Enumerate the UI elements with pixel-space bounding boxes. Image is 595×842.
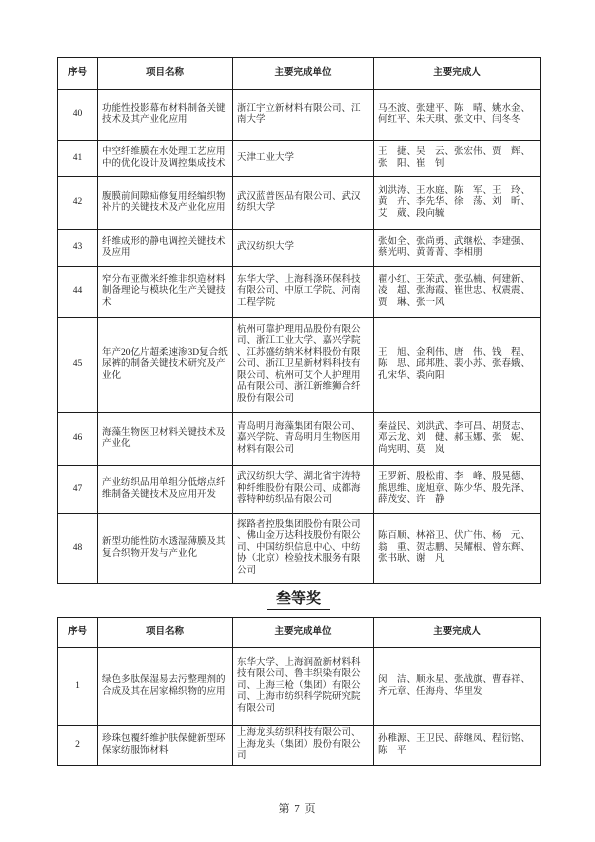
- row-number-cell: 42: [58, 177, 98, 230]
- table-row: 42 腹膜前间隙疝修复用经编织物补片的关键技术及产业化应用 武汉蓝普医品有限公司…: [58, 177, 541, 230]
- table-row: 2 珍珠包覆纤维护肤保健新型环保家纺服饰材料 上海龙头纺织科技有限公司、上海龙头…: [58, 726, 541, 766]
- header-people: 主要完成人: [374, 618, 541, 648]
- section-heading-third-prize: 叁等奖: [57, 590, 540, 610]
- row-number-cell: 48: [58, 514, 98, 584]
- row-number-cell: 40: [58, 90, 98, 141]
- table-row: 46 海藻生物医卫材料关键技术及产业化 青岛明月海藻集团有限公司、嘉兴学院、青岛…: [58, 413, 541, 466]
- second-prize-table: 序号 项目名称 主要完成单位 主要完成人 40 功能性投影幕布材料制备关键技术及…: [57, 57, 541, 584]
- units-cell: 东华大学、上海润盈新材料科技有限公司、鲁丰织染有限公司、上海三枪（集团）有限公司…: [233, 648, 374, 726]
- people-cell: 张如全、张尚勇、武继松、李建强、蔡光明、黄菁菁、李相朋: [374, 230, 541, 267]
- units-cell: 上海龙头纺织科技有限公司、上海龙头（集团）股份有限公司: [233, 726, 374, 766]
- header-no: 序号: [58, 58, 98, 90]
- units-cell: 青岛明月海藻集团有限公司、嘉兴学院、青岛明月生物医用材料有限公司: [233, 413, 374, 466]
- table-row: 41 中空纤维膜在水处理工艺应用中的优化设计及调控集成技术 天津工业大学 王 捷…: [58, 141, 541, 177]
- project-name-cell: 珍珠包覆纤维护肤保健新型环保家纺服饰材料: [98, 726, 233, 766]
- row-number-cell: 45: [58, 318, 98, 413]
- table-row: 48 新型功能性防水透湿薄膜及其复合织物开发与产业化 探路者控股集团股份有限公司…: [58, 514, 541, 584]
- project-name-cell: 功能性投影幕布材料制备关键技术及其产业化应用: [98, 90, 233, 141]
- units-cell: 武汉纺织大学、湖北省宇涛特种纤维股份有限公司、成都海蓉特种纺织品有限公司: [233, 466, 374, 514]
- project-name-cell: 腹膜前间隙疝修复用经编织物补片的关键技术及产业化应用: [98, 177, 233, 230]
- row-number-cell: 41: [58, 141, 98, 177]
- table-row: 43 纤维成形的静电调控关键技术及应用 武汉纺织大学 张如全、张尚勇、武继松、李…: [58, 230, 541, 267]
- section-heading-text: 叁等奖: [267, 590, 330, 610]
- header-no: 序号: [58, 618, 98, 648]
- project-name-cell: 窄分布亚微米纤维非织造材料制备理论与模块化生产关键技术: [98, 267, 233, 318]
- page-footer: 第 7 页: [0, 800, 595, 816]
- units-cell: 武汉蓝普医品有限公司、武汉纺织大学: [233, 177, 374, 230]
- project-name-cell: 新型功能性防水透湿薄膜及其复合织物开发与产业化: [98, 514, 233, 584]
- row-number-cell: 2: [58, 726, 98, 766]
- table-row: 1 绿色多肽保湿易去污整理剂的合成及其在居家棉织物的应用 东华大学、上海润盈新材…: [58, 648, 541, 726]
- units-cell: 杭州可靠护理用品股份有限公司、浙江工业大学、嘉兴学院、江苏盛纺纳米材料股份有限公…: [233, 318, 374, 413]
- project-name-cell: 产业纺织品用单组分低熔点纤维制备关键技术及应用开发: [98, 466, 233, 514]
- row-number-cell: 1: [58, 648, 98, 726]
- header-project: 项目名称: [98, 58, 233, 90]
- units-cell: 浙江宇立新材料有限公司、江南大学: [233, 90, 374, 141]
- units-cell: 天津工业大学: [233, 141, 374, 177]
- project-name-cell: 海藻生物医卫材料关键技术及产业化: [98, 413, 233, 466]
- header-project: 项目名称: [98, 618, 233, 648]
- row-number-cell: 47: [58, 466, 98, 514]
- project-name-cell: 年产20亿片超柔速渗3D复合纸尿裤的制备关键技术研究及产业化: [98, 318, 233, 413]
- people-cell: 陈百顺、林裕卫、伏广伟、杨 元、翁 重、贺志鹏、吴耀根、曾东辉、张书耿、谢 凡: [374, 514, 541, 584]
- people-cell: 闵 洁、顺永星、张战旗、曹春祥、齐元章、任海舟、华里发: [374, 648, 541, 726]
- units-cell: 探路者控股集团股份有限公司、佛山金万达科技股份有限公司、中国纺织信息中心、中纺协…: [233, 514, 374, 584]
- row-number-cell: 44: [58, 267, 98, 318]
- project-name-cell: 纤维成形的静电调控关键技术及应用: [98, 230, 233, 267]
- header-units: 主要完成单位: [233, 618, 374, 648]
- row-number-cell: 46: [58, 413, 98, 466]
- people-cell: 王 捷、吴 云、张宏伟、贾 辉、张 阳、崔 钊: [374, 141, 541, 177]
- project-name-cell: 绿色多肽保湿易去污整理剂的合成及其在居家棉织物的应用: [98, 648, 233, 726]
- table-row: 45 年产20亿片超柔速渗3D复合纸尿裤的制备关键技术研究及产业化 杭州可靠护理…: [58, 318, 541, 413]
- people-cell: 秦益民、刘洪武、李可昌、胡贤志、邓云龙、刘 健、郝玉娜、张 妮、尚宪明、莫 岚: [374, 413, 541, 466]
- people-cell: 翟小红、王荣武、张弘楠、何建新、凌 超、张海霞、崔世忠、权震震、贾 琳、张一风: [374, 267, 541, 318]
- row-number-cell: 43: [58, 230, 98, 267]
- header-people: 主要完成人: [374, 58, 541, 90]
- people-cell: 王 旭、金利伟、唐 伟、钱 程、陈 思、邱邦胜、裴小苏、张春娥、孔宋华、裘向阳: [374, 318, 541, 413]
- people-cell: 王罗新、殷松甫、李 峰、殷晃德、熊思维、庞旭章、陈少华、殷先泽、薛茂安、许 静: [374, 466, 541, 514]
- third-prize-table: 序号 项目名称 主要完成单位 主要完成人 1 绿色多肽保湿易去污整理剂的合成及其…: [57, 617, 541, 766]
- table-header-row: 序号 项目名称 主要完成单位 主要完成人: [58, 58, 541, 90]
- units-cell: 武汉纺织大学: [233, 230, 374, 267]
- document-page: 序号 项目名称 主要完成单位 主要完成人 40 功能性投影幕布材料制备关键技术及…: [0, 0, 595, 842]
- people-cell: 马丕波、张建平、陈 晴、姚水金、何红平、朱天琪、张文中、闫冬冬: [374, 90, 541, 141]
- header-units: 主要完成单位: [233, 58, 374, 90]
- units-cell: 东华大学、上海科涤环保科技有限公司、中原工学院、河南工程学院: [233, 267, 374, 318]
- table-row: 47 产业纺织品用单组分低熔点纤维制备关键技术及应用开发 武汉纺织大学、湖北省宇…: [58, 466, 541, 514]
- project-name-cell: 中空纤维膜在水处理工艺应用中的优化设计及调控集成技术: [98, 141, 233, 177]
- table-row: 44 窄分布亚微米纤维非织造材料制备理论与模块化生产关键技术 东华大学、上海科涤…: [58, 267, 541, 318]
- people-cell: 刘洪涛、王水庭、陈 军、王 玲、黄 卉、李先华、徐 荡、刘 昕、艾 葳、段向毓: [374, 177, 541, 230]
- people-cell: 孙稚源、王卫民、薛继凤、程衍铭、陈 平: [374, 726, 541, 766]
- table-header-row: 序号 项目名称 主要完成单位 主要完成人: [58, 618, 541, 648]
- table-row: 40 功能性投影幕布材料制备关键技术及其产业化应用 浙江宇立新材料有限公司、江南…: [58, 90, 541, 141]
